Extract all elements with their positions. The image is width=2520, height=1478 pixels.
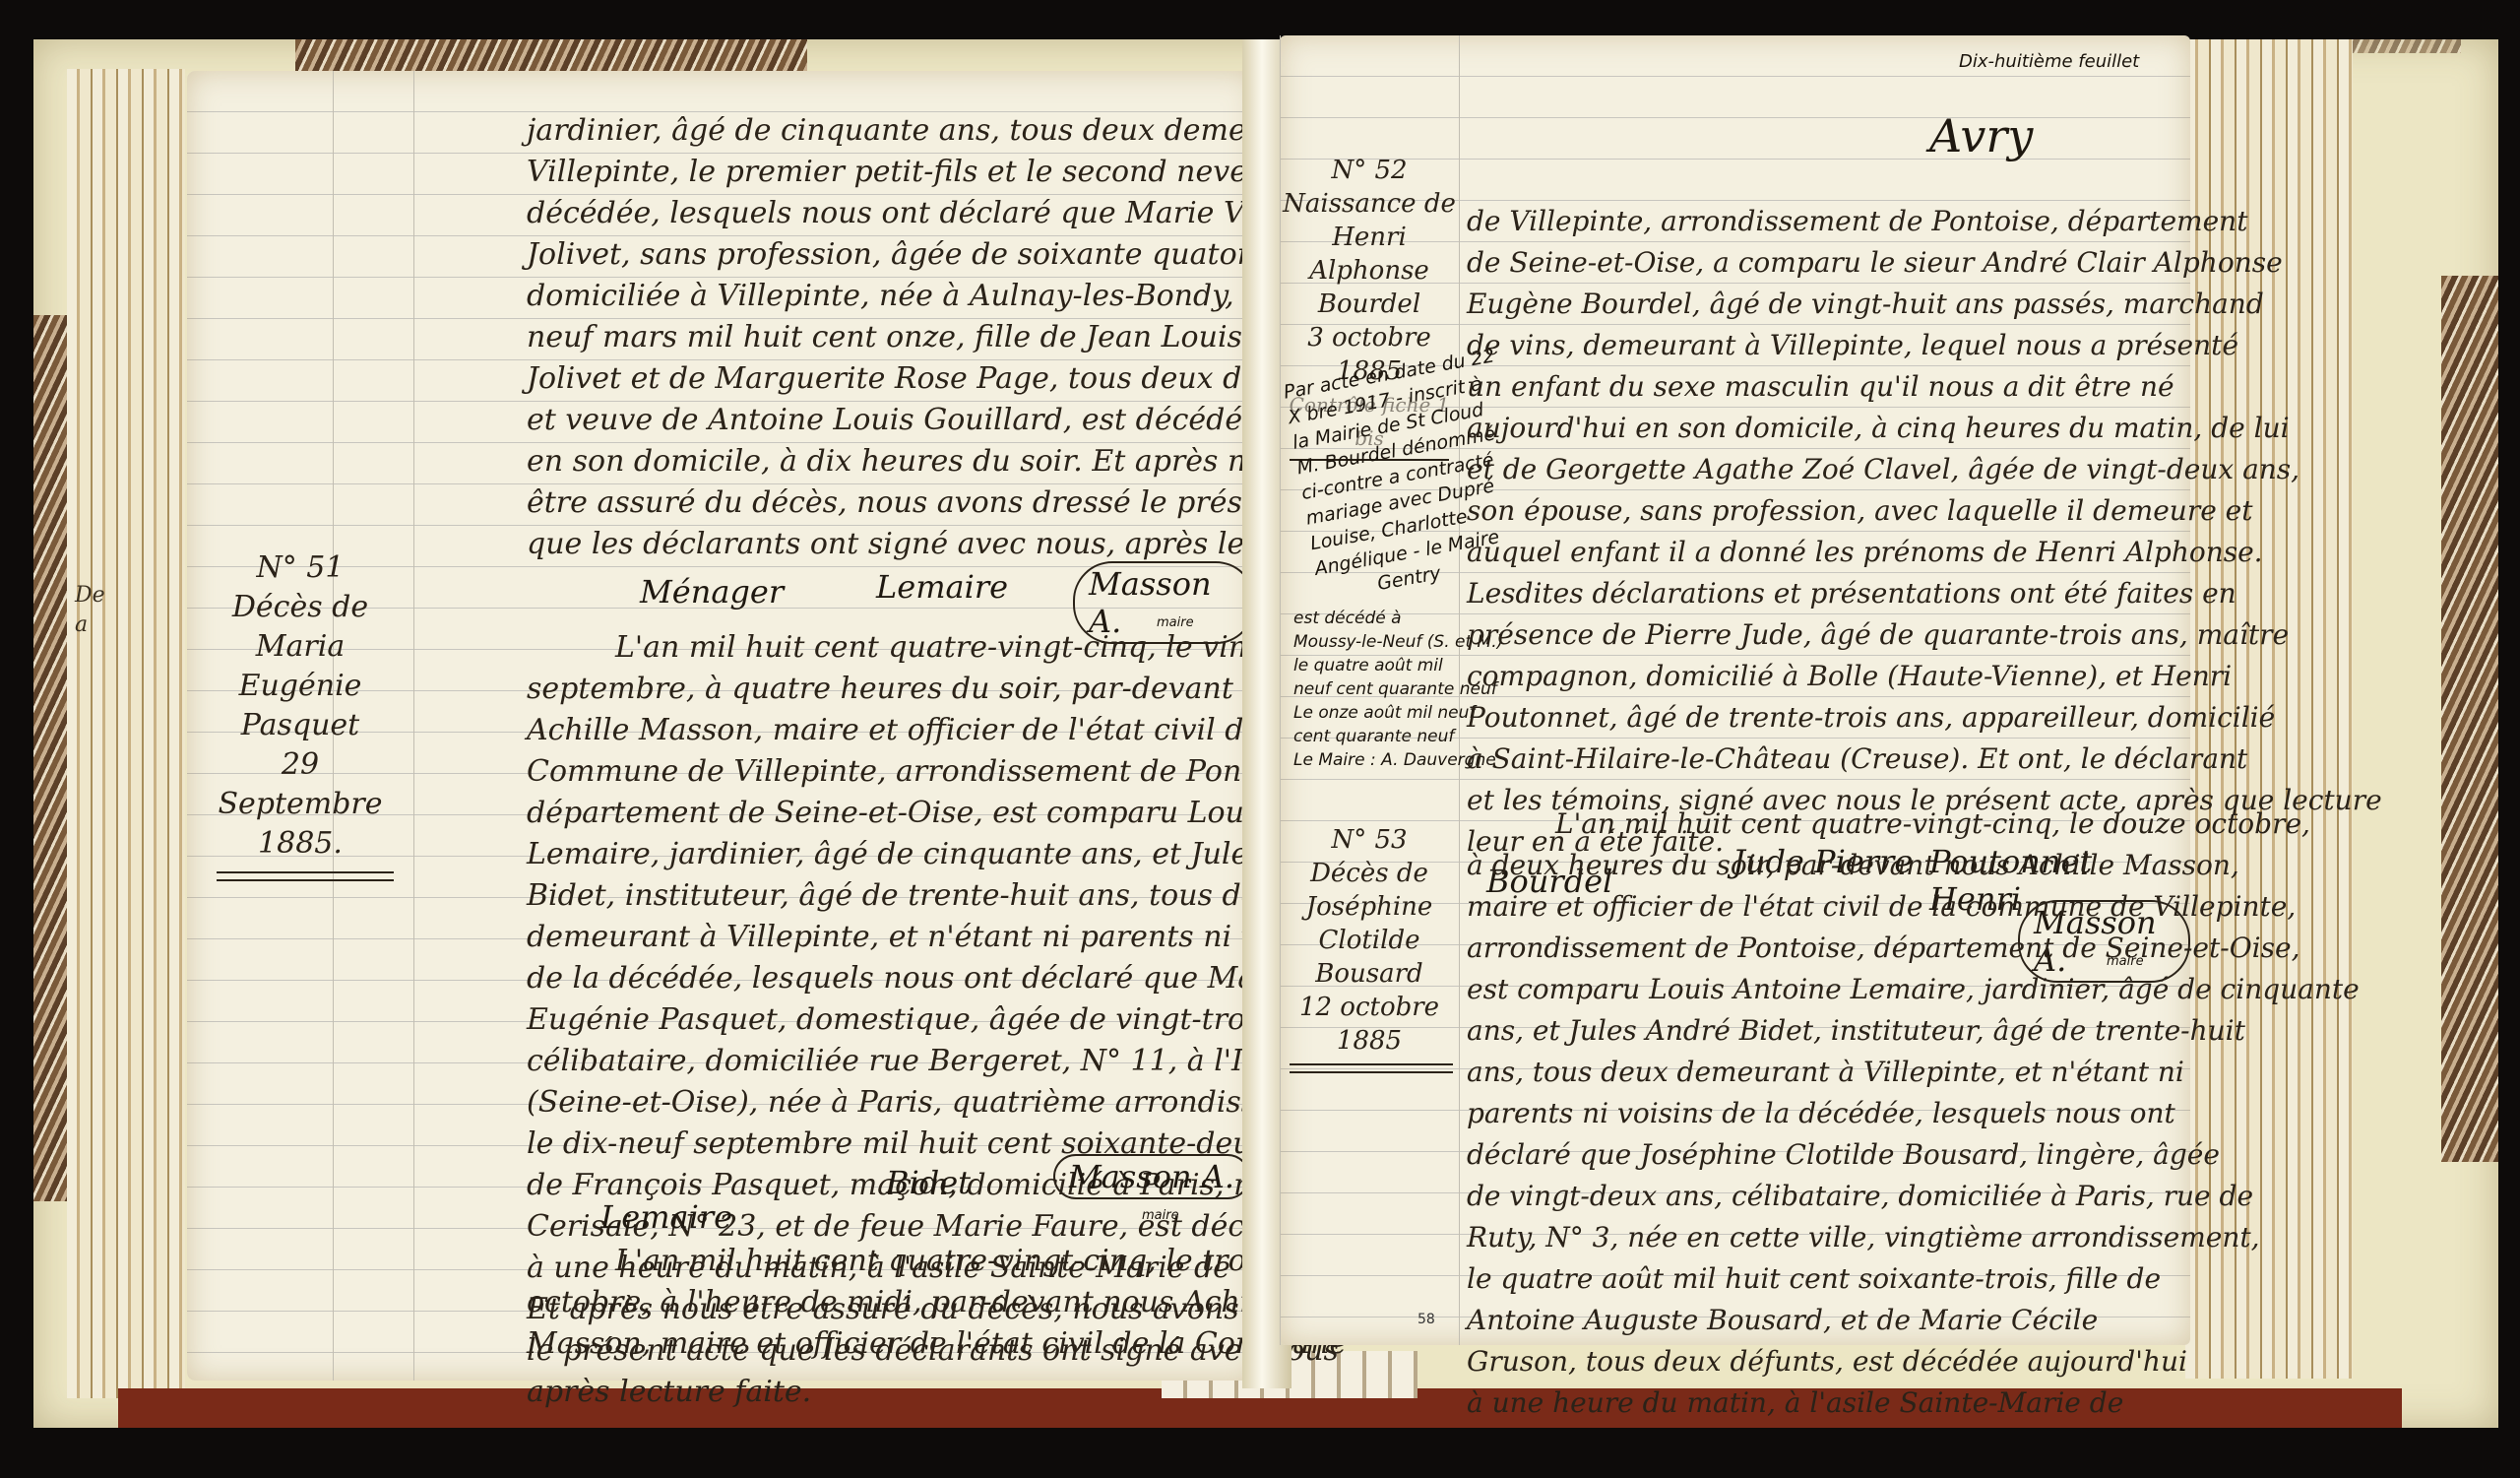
signature-masson-51: Masson A. xyxy=(1053,1154,1250,1199)
entry-53-number: N° 53 xyxy=(1280,823,1459,857)
page-stack-left: De a xyxy=(67,69,185,1398)
entry-53-title-line: Clotilde Bousard xyxy=(1280,924,1459,991)
next-entry-text: L'an mil huit cent quatre-vingt-cinq, le… xyxy=(527,1241,1347,1365)
entry-53-text: L'an mil huit cent quatre-vingt-cinq, le… xyxy=(1467,803,2360,1424)
signature-lemaire: Lemaire xyxy=(876,568,1008,606)
entry-52-title-line: Alphonse Bourdel xyxy=(1280,254,1459,321)
signature-masson-51-title: maire xyxy=(1142,1203,1179,1229)
entry-52-text: de Villepinte, arrondissement de Pontois… xyxy=(1467,201,2382,863)
entry-53-date: 12 octobre 1885 xyxy=(1280,991,1459,1058)
entry-53-divider xyxy=(1290,1063,1453,1073)
left-page: jardinier, âgé de cinquante ans, tous de… xyxy=(187,71,1255,1381)
signature-bidet: Bidet xyxy=(886,1164,971,1201)
entry-51-date: 29 Septembre 1885. xyxy=(207,745,394,864)
paraph-signature: Avry xyxy=(1929,109,2033,162)
spine-edge-fragment: De a xyxy=(75,581,105,640)
signature-lemaire-51: Lemaire xyxy=(600,1198,732,1236)
entry-51-divider xyxy=(217,871,394,881)
folio-number: 58 xyxy=(1417,1312,1435,1327)
entry-51-number: N° 51 xyxy=(207,548,394,588)
entry-51-title-line: Eugénie Pasquet xyxy=(207,667,394,745)
entry-52-title-line: Naissance de Henri xyxy=(1280,187,1459,254)
entry-53-title-line: Décès de Joséphine xyxy=(1280,857,1459,924)
entry-51-heading: N° 51 Décès de Maria Eugénie Pasquet 29 … xyxy=(207,548,394,881)
entry-51-title-line: Décès de Maria xyxy=(207,588,394,667)
left-margin-rule-2 xyxy=(413,71,414,1381)
folio-header-note: Dix-huitième feuillet xyxy=(1959,49,2139,75)
marbled-endpaper-top-right xyxy=(2343,39,2461,53)
entry-53-heading: N° 53 Décès de Joséphine Clotilde Bousar… xyxy=(1280,823,1459,1073)
signature-menager: Ménager xyxy=(640,573,784,610)
marbled-endpaper-top-left xyxy=(295,39,807,71)
marbled-endpaper-left xyxy=(33,315,67,1201)
marbled-endpaper-right xyxy=(2441,276,2498,1162)
right-page: Dix-huitième feuillet Avry N° 52 Naissan… xyxy=(1280,35,2190,1345)
entry-52-number: N° 52 xyxy=(1280,154,1459,187)
